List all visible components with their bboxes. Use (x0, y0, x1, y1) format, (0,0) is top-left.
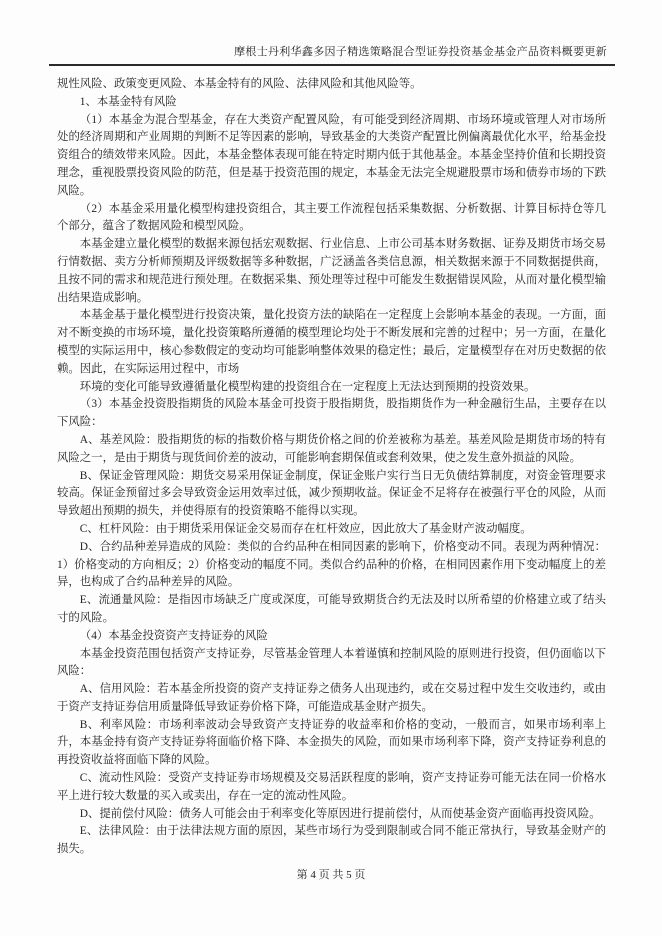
paragraph-11: C、杠杆风险：由于期货采用保证金交易而存在杠杆效应，因此放大了基金财产波动幅度。 (57, 521, 606, 539)
page-header: 摩根士丹利华鑫多因子精选策略混合型证券投资基金基金产品资料概要更新 (49, 42, 615, 66)
header-title: 摩根士丹利华鑫多因子精选策略混合型证券投资基金基金产品资料概要更新 (234, 46, 615, 58)
paragraph-4: （2）本基金采用量化模型构建投资组合，其主要工作流程包括采集数据、分析数据、计算… (57, 201, 606, 237)
paragraph-13: E、流通量风险：是指因市场缺乏广度或深度，可能导致期货合约无法及时以所希望的价格… (57, 592, 606, 628)
page-number: 第 4 页 共 5 页 (297, 869, 366, 881)
paragraph-3: （1）本基金为混合型基金，存在大类资产配置风险，有可能受到经济周期、市场环境或管… (57, 112, 606, 201)
paragraph-9: A、基差风险：股指期货的标的指数价格与期货价格之间的价差被称为基差。基差风险是期… (57, 432, 606, 468)
paragraph-6: 本基金基于量化模型进行投资决策，量化投资方法的缺陷在一定程度上会影响本基金的表现… (57, 307, 606, 378)
paragraph-12: D、合约品种差异造成的风险：类似的合约品种在相同因素的影响下，价格变动不同。表现… (57, 539, 606, 592)
document-page: 摩根士丹利华鑫多因子精选策略混合型证券投资基金基金产品资料概要更新 规性风险、政… (0, 0, 662, 936)
paragraph-16: A、信用风险：若本基金所投资的资产支持证券之债务人出现违约，或在交易过程中发生交… (57, 681, 606, 717)
paragraph-14: （4）本基金投资资产支持证券的风险 (57, 628, 606, 646)
paragraph-2: 1、本基金特有风险 (57, 94, 606, 112)
paragraph-7: 环境的变化可能导致遵循量化模型构建的投资组合在一定程度上无法达到预期的投资效果。 (57, 379, 606, 397)
paragraph-10: B、保证金管理风险：期货交易采用保证金制度，保证金账户实行当日无负债结算制度，对… (57, 468, 606, 521)
paragraph-1: 规性风险、政策变更风险、本基金特有的风险、法律风险和其他风险等。 (57, 76, 606, 94)
page-footer: 第 4 页 共 5 页 (0, 866, 662, 882)
paragraph-17: B、利率风险：市场利率波动会导致资产支持证券的收益率和价格的变动，一般而言，如果… (57, 717, 606, 770)
document-body: 规性风险、政策变更风险、本基金特有的风险、法律风险和其他风险等。1、本基金特有风… (57, 76, 606, 859)
paragraph-8: （3）本基金投资股指期货的风险本基金可投资于股指期货，股指期货作为一种金融衍生品… (57, 396, 606, 432)
paragraph-20: E、法律风险：由于法律法规方面的原因，某些市场行为受到限制或合同不能正常执行，导… (57, 823, 606, 859)
paragraph-19: D、提前偿付风险：债务人可能会由于利率变化等原因进行提前偿付，从而使基金资产面临… (57, 806, 606, 824)
paragraph-15: 本基金投资范围包括资产支持证券，尽管基金管理人本着谨慎和控制风险的原则进行投资，… (57, 646, 606, 682)
paragraph-18: C、流动性风险：受资产支持证券市场规模及交易活跃程度的影响，资产支持证券可能无法… (57, 770, 606, 806)
paragraph-5: 本基金建立量化模型的数据来源包括宏观数据、行业信息、上市公司基本财务数据、证券及… (57, 236, 606, 307)
